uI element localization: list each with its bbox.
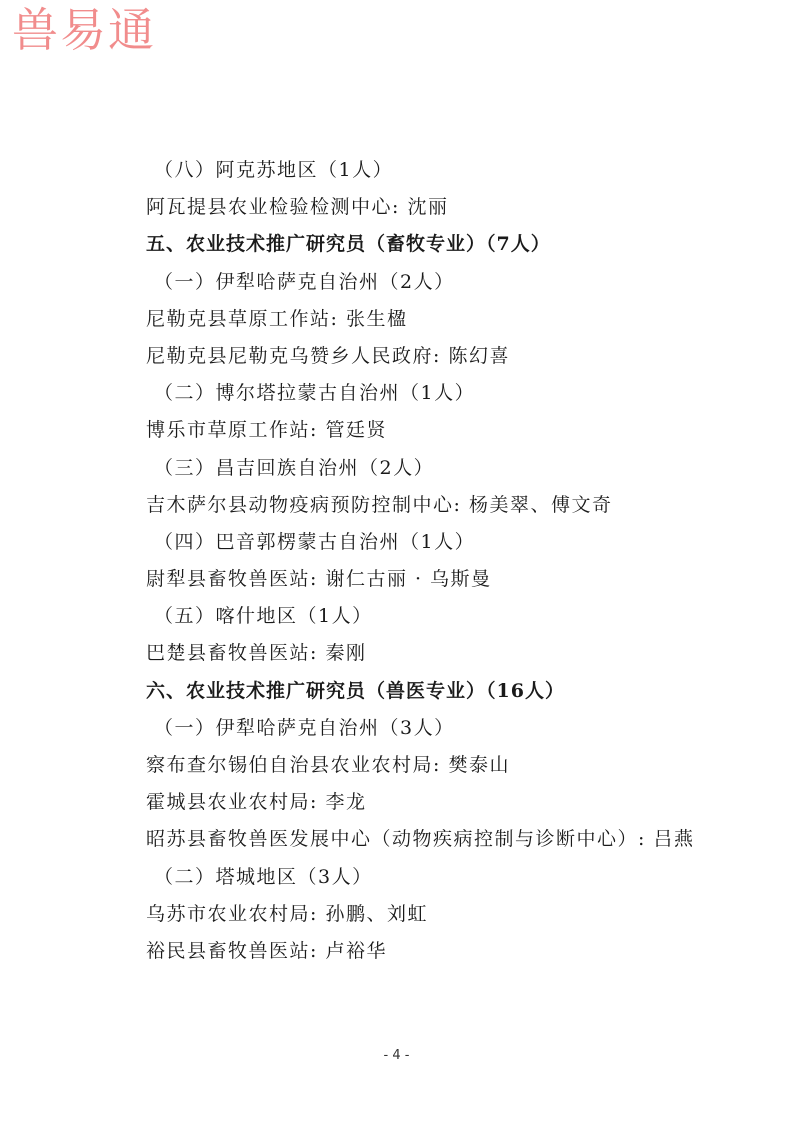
- document-body: （八）阿克苏地区（1人） 阿瓦提县农业检验检测中心: 沈丽 五、农业技术推广研究…: [146, 152, 746, 970]
- watermark-logo: 兽易通: [12, 2, 156, 58]
- list-entry: 霍城县农业农村局: 李龙: [146, 784, 746, 821]
- list-entry: 尼勒克县尼勒克乌赞乡人民政府: 陈幻喜: [146, 338, 746, 375]
- list-entry: 尼勒克县草原工作站: 张生楹: [146, 301, 746, 338]
- list-entry: 察布查尔锡伯自治县农业农村局: 樊泰山: [146, 747, 746, 784]
- region-subheading: （一）伊犁哈萨克自治州（3人）: [146, 710, 746, 747]
- region-subheading: （一）伊犁哈萨克自治州（2人）: [146, 264, 746, 301]
- list-entry: 阿瓦提县农业检验检测中心: 沈丽: [146, 189, 746, 226]
- section-heading: 六、农业技术推广研究员（兽医专业）（16人）: [146, 673, 746, 710]
- region-subheading: （四）巴音郭楞蒙古自治州（1人）: [146, 524, 746, 561]
- section-heading: 五、农业技术推广研究员（畜牧专业）（7人）: [146, 226, 746, 263]
- list-entry: 昭苏县畜牧兽医发展中心（动物疾病控制与诊断中心）: 吕燕: [146, 821, 746, 858]
- region-subheading: （三）昌吉回族自治州（2人）: [146, 450, 746, 487]
- region-subheading: （八）阿克苏地区（1人）: [146, 152, 746, 189]
- list-entry: 尉犁县畜牧兽医站: 谢仁古丽 · 乌斯曼: [146, 561, 746, 598]
- list-entry: 博乐市草原工作站: 管廷贤: [146, 412, 746, 449]
- list-entry: 吉木萨尔县动物疫病预防控制中心: 杨美翠、傅文奇: [146, 487, 746, 524]
- region-subheading: （五）喀什地区（1人）: [146, 598, 746, 635]
- region-subheading: （二）塔城地区（3人）: [146, 859, 746, 896]
- list-entry: 乌苏市农业农村局: 孙鹏、刘虹: [146, 896, 746, 933]
- list-entry: 巴楚县畜牧兽医站: 秦刚: [146, 635, 746, 672]
- page-number: - 4 -: [0, 1048, 793, 1063]
- region-subheading: （二）博尔塔拉蒙古自治州（1人）: [146, 375, 746, 412]
- list-entry: 裕民县畜牧兽医站: 卢裕华: [146, 933, 746, 970]
